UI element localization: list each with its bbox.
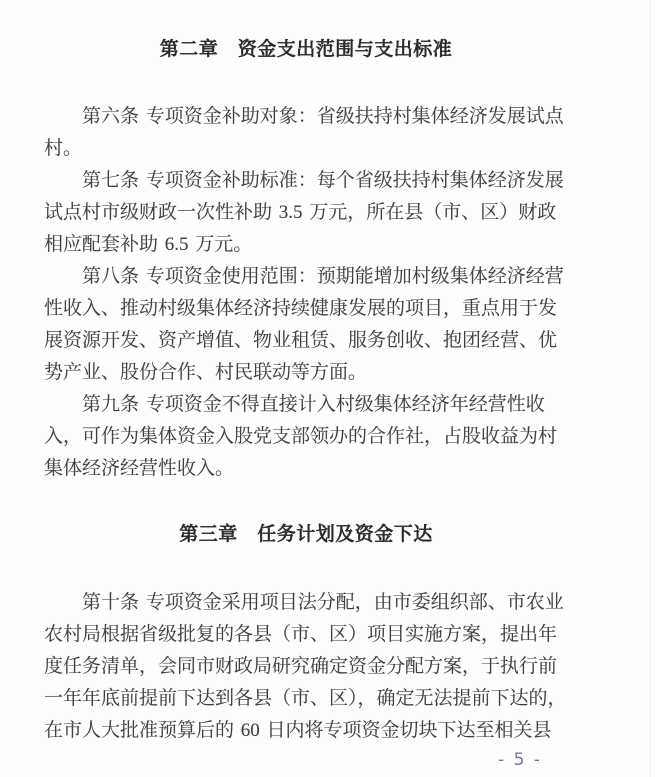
text-line: 一年年底前提前下达到各县（市、区），确定无法提前下达的，: [44, 683, 584, 715]
chapter-3-heading: 第三章 任务计划及资金下达: [44, 522, 568, 548]
text-line: 在市人大批准预算后的 60 日内将专项资金切块下达至相关县: [44, 715, 584, 747]
text-line: 展资源开发、资产增值、物业租赁、服务创收、抱团经营、优: [44, 325, 584, 357]
page-number: - 5 -: [470, 750, 570, 770]
text-line: 试点村市级财政一次性补助 3.5 万元，所在县（市、区）财政: [44, 197, 584, 229]
scanned-document-page: 第二章 资金支出范围与支出标准 第六条 专项资金补助对象：省级扶持村集体经济发展…: [0, 0, 655, 777]
text-line: 势产业、股份合作、村民联动等方面。: [44, 357, 584, 389]
chapter-3-body: 第十条 专项资金采用项目法分配，由市委组织部、市农业 农村局根据省级批复的各县（…: [44, 587, 584, 747]
paragraph-article-8: 第八条 专项资金使用范围：预期能增加村级集体经济经营 性收入、推动村级集体经济持…: [44, 261, 584, 389]
text-line: 农村局根据省级批复的各县（市、区）项目实施方案，提出年: [44, 619, 584, 651]
text-line: 入，可作为集体资金入股党支部领办的合作社，占股收益为村: [44, 421, 584, 453]
scan-edge-artifact: [650, 0, 651, 777]
text-line: 相应配套补助 6.5 万元。: [44, 229, 584, 261]
text-line: 第七条 专项资金补助标准：每个省级扶持村集体经济发展: [44, 165, 584, 197]
chapter-2-body: 第六条 专项资金补助对象：省级扶持村集体经济发展试点 村。 第七条 专项资金补助…: [44, 101, 584, 485]
paragraph-article-6: 第六条 专项资金补助对象：省级扶持村集体经济发展试点 村。: [44, 101, 584, 165]
text-line: 第十条 专项资金采用项目法分配，由市委组织部、市农业: [44, 587, 584, 619]
chapter-2-heading: 第二章 资金支出范围与支出标准: [44, 37, 568, 63]
paragraph-article-7: 第七条 专项资金补助标准：每个省级扶持村集体经济发展 试点村市级财政一次性补助 …: [44, 165, 584, 261]
text-line: 第六条 专项资金补助对象：省级扶持村集体经济发展试点: [44, 101, 584, 133]
text-line: 村。: [44, 133, 584, 165]
text-line: 度任务清单，会同市财政局研究确定资金分配方案，于执行前: [44, 651, 584, 683]
paragraph-article-10: 第十条 专项资金采用项目法分配，由市委组织部、市农业 农村局根据省级批复的各县（…: [44, 587, 584, 747]
paragraph-article-9: 第九条 专项资金不得直接计入村级集体经济年经营性收 入，可作为集体资金入股党支部…: [44, 389, 584, 485]
text-line: 第九条 专项资金不得直接计入村级集体经济年经营性收: [44, 389, 584, 421]
text-line: 第八条 专项资金使用范围：预期能增加村级集体经济经营: [44, 261, 584, 293]
text-line: 性收入、推动村级集体经济持续健康发展的项目，重点用于发: [44, 293, 584, 325]
text-line: 集体经济经营性收入。: [44, 453, 584, 485]
